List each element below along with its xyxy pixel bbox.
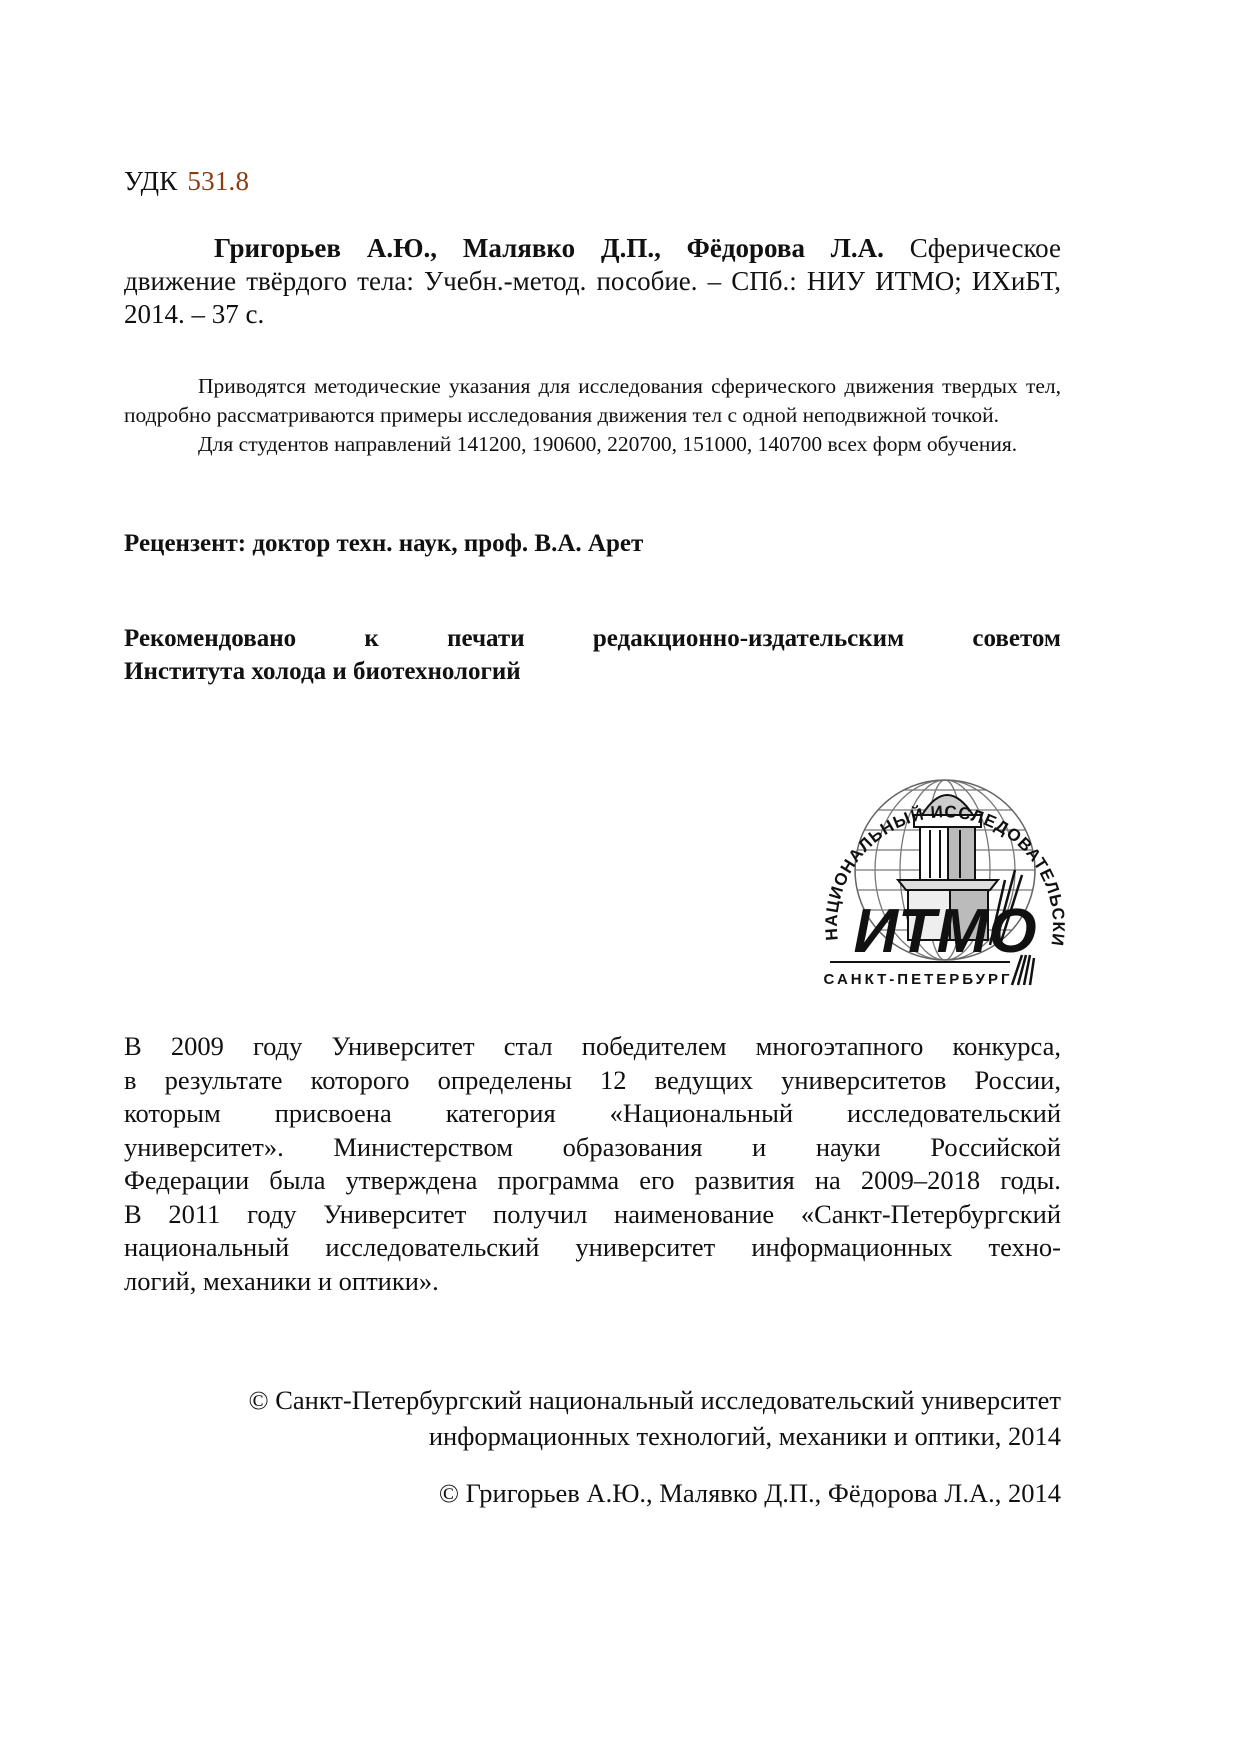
university-emblem-icon: ИТМО САНКТ-ПЕТЕРБУРГ НАЦИОНАЛЬНЫЙ ИССЛЕД… <box>790 740 1090 1010</box>
word: Рекомендовано <box>124 622 296 655</box>
history-line: логий, механики и оптики». <box>124 1265 1061 1299</box>
udk-code: УДК531.8 <box>124 166 249 197</box>
abstract: Приводятся методические указания для исс… <box>124 372 1061 459</box>
history-line: В2009годуУниверситетсталпобедителеммного… <box>124 1030 1061 1064</box>
abstract-paragraph: Приводятся методические указания для исс… <box>124 372 1061 430</box>
bibliographic-record: Григорьев А.Ю., Малявко Д.П., Фёдорова Л… <box>124 232 1061 331</box>
udk-number: 531.8 <box>187 166 249 196</box>
copyright-line: информационных технологий, механики и оп… <box>248 1418 1061 1454</box>
reviewer: Рецензент: доктор техн. наук, проф. В.А.… <box>124 530 643 558</box>
recommendation-line-2: Института холода и биотехнологий <box>124 655 1061 688</box>
word: к <box>364 622 378 655</box>
history-line: врезультатекоторогоопределены12ведущихун… <box>124 1064 1061 1098</box>
recommendation-line-1: Рекомендовано к печати редакционно-издат… <box>124 622 1061 655</box>
svg-text:ИТМО: ИТМО <box>853 897 1036 966</box>
history-line: университет».Министерствомобразованияина… <box>124 1131 1061 1165</box>
history-line: которымприсвоенакатегория«Национальныйис… <box>124 1097 1061 1131</box>
copyright-institution: © Санкт-Петербургский национальный иссле… <box>248 1382 1061 1454</box>
svg-text:САНКТ-ПЕТЕРБУРГ: САНКТ-ПЕТЕРБУРГ <box>823 971 1012 988</box>
word: советом <box>972 622 1061 655</box>
udk-label: УДК <box>124 166 177 196</box>
itmo-logo: ИТМО САНКТ-ПЕТЕРБУРГ НАЦИОНАЛЬНЫЙ ИССЛЕД… <box>790 740 1090 1010</box>
authors: Григорьев А.Ю., Малявко Д.П., Фёдорова Л… <box>214 233 884 263</box>
word: редакционно-издательским <box>593 622 904 655</box>
history-line: В2011годуУниверситетполучилнаименование«… <box>124 1198 1061 1232</box>
audience-paragraph: Для студентов направлений 141200, 190600… <box>124 430 1061 459</box>
recommendation: Рекомендовано к печати редакционно-издат… <box>124 622 1061 688</box>
university-history: В2009годуУниверситетсталпобедителеммного… <box>124 1030 1061 1298</box>
word: печати <box>447 622 525 655</box>
copyright-line: © Санкт-Петербургский национальный иссле… <box>248 1382 1061 1418</box>
history-line: Федерациибылаутвержденапрограммаегоразви… <box>124 1164 1061 1198</box>
copyright-authors: © Григорьев А.Ю., Малявко Д.П., Фёдорова… <box>439 1478 1061 1509</box>
history-line: национальныйисследовательскийуниверситет… <box>124 1231 1061 1265</box>
document-page: УДК531.8 Григорьев А.Ю., Малявко Д.П., Ф… <box>0 0 1241 1754</box>
